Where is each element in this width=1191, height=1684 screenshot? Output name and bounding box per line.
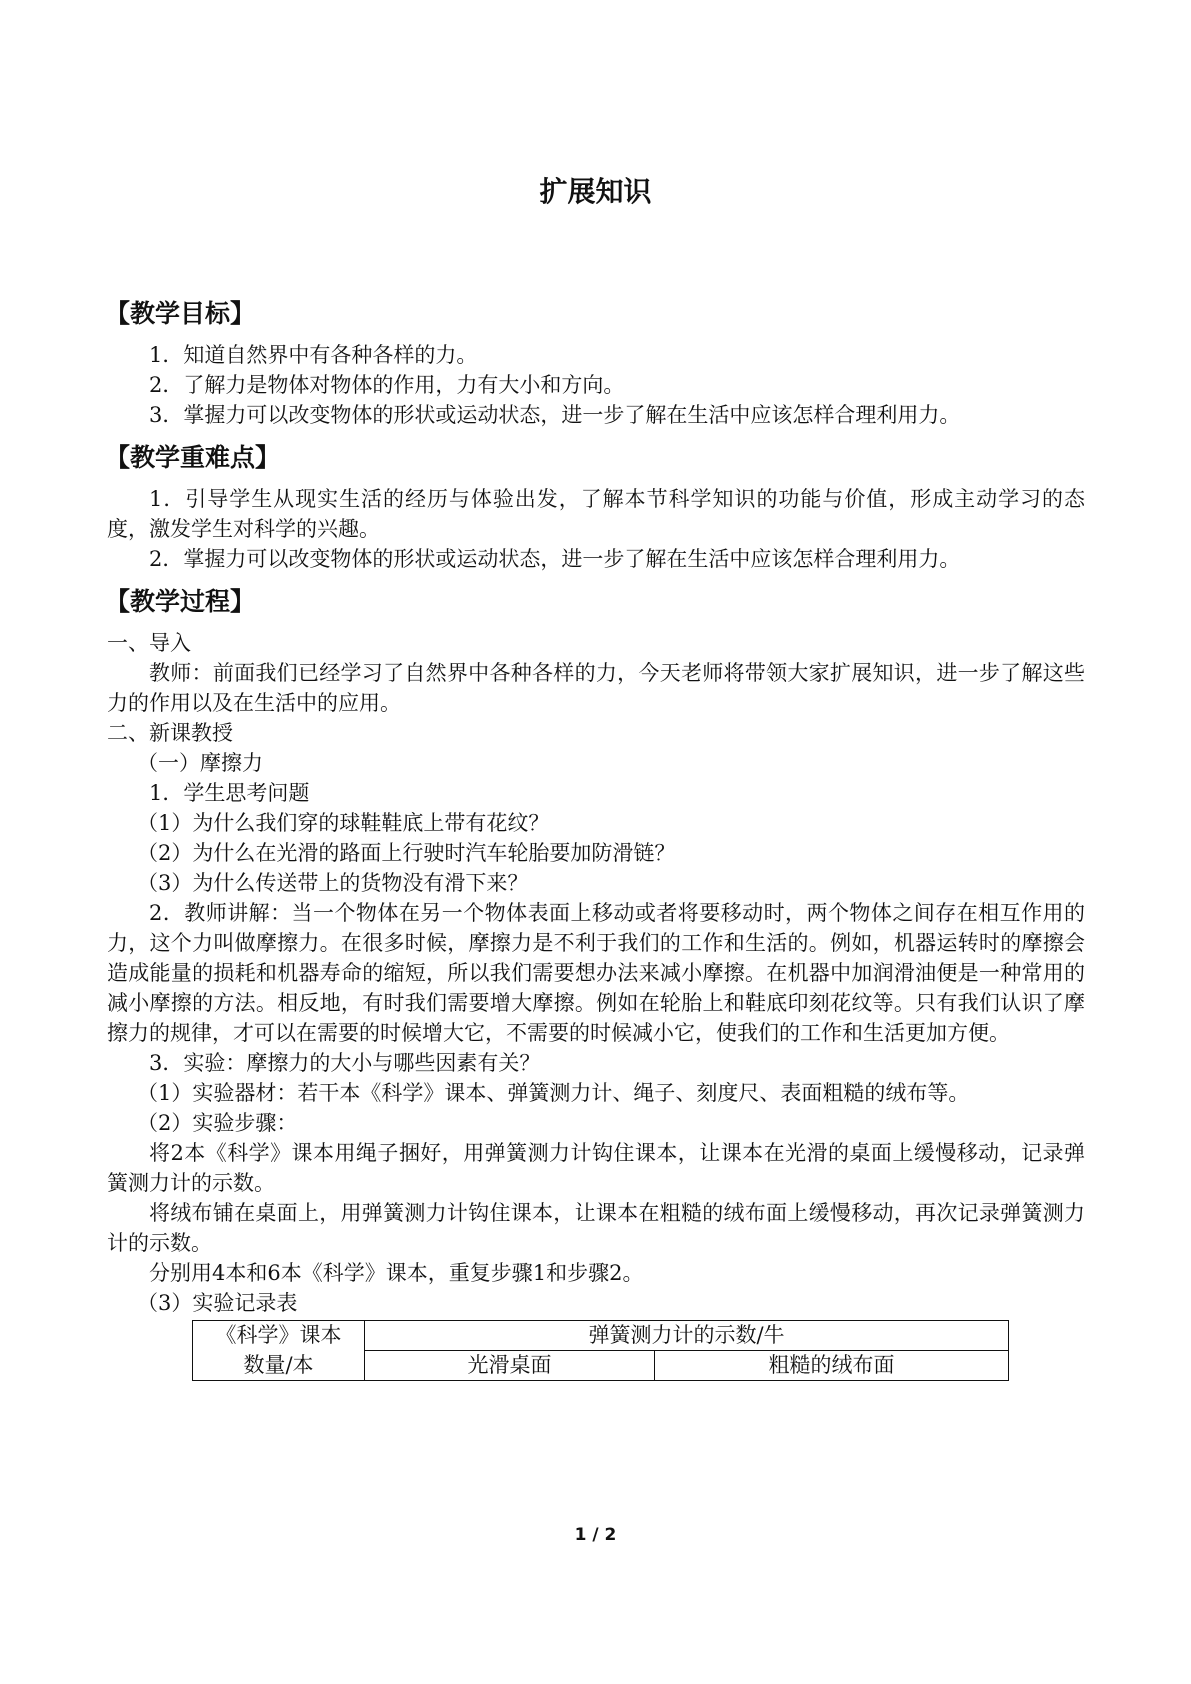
experiment-materials: （1）实验器材：若干本《科学》课本、弹簧测力计、绳子、刻度尺、表面粗糙的绒布等。 [107, 1078, 1085, 1108]
key-point-item: 1．引导学生从现实生活的经历与体验出发，了解本节科学知识的功能与价值，形成主动学… [107, 484, 1085, 544]
experiment-step: 分别用4本和6本《科学》课本，重复步骤1和步骤2。 [107, 1258, 1085, 1288]
section-heading-key-points: 【教学重难点】 [105, 440, 1085, 476]
key-point-item: 2．掌握力可以改变物体的形状或运动状态，进一步了解在生活中应该怎样合理利用力。 [107, 544, 1085, 574]
question-item: （1）为什么我们穿的球鞋鞋底上带有花纹？ [107, 808, 1085, 838]
question-item: （2）为什么在光滑的路面上行驶时汽车轮胎要加防滑链？ [107, 838, 1085, 868]
new-lesson-title: 二、新课教授 [107, 718, 1085, 748]
document-body: 【教学目标】 1．知道自然界中有各种各样的力。 2．了解力是物体对物体的作用，力… [107, 296, 1085, 1381]
book-count-header-line1: 《科学》课本 [193, 1321, 365, 1351]
goal-item: 1．知道自然界中有各种各样的力。 [107, 340, 1085, 370]
goal-item: 2．了解力是物体对物体的作用，力有大小和方向。 [107, 370, 1085, 400]
section-heading-goals: 【教学目标】 [105, 296, 1085, 332]
intro-title: 一、导入 [107, 628, 1085, 658]
experiment-record-table: 《科学》课本 弹簧测力计的示数/牛 数量/本 光滑桌面 粗糙的绒布面 [192, 1320, 1009, 1381]
page-number: 1 / 2 [0, 1525, 1191, 1545]
think-title: 1．学生思考问题 [107, 778, 1085, 808]
smooth-desk-header: 光滑桌面 [365, 1351, 655, 1381]
experiment-title: 3．实验：摩擦力的大小与哪些因素有关？ [107, 1048, 1085, 1078]
goal-item: 3．掌握力可以改变物体的形状或运动状态，进一步了解在生活中应该怎样合理利用力。 [107, 400, 1085, 430]
friction-subtitle: （一）摩擦力 [107, 748, 1085, 778]
experiment-steps-title: （2）实验步骤： [107, 1108, 1085, 1138]
teacher-explanation: 2．教师讲解：当一个物体在另一个物体表面上移动或者将要移动时，两个物体之间存在相… [107, 898, 1085, 1048]
experiment-step: 将绒布铺在桌面上，用弹簧测力计钩住课本，让课本在粗糙的绒布面上缓慢移动，再次记录… [107, 1198, 1085, 1258]
question-item: （3）为什么传送带上的货物没有滑下来？ [107, 868, 1085, 898]
rough-cloth-header: 粗糙的绒布面 [655, 1351, 1009, 1381]
document-title: 扩展知识 [0, 170, 1191, 210]
intro-text: 教师：前面我们已经学习了自然界中各种各样的力，今天老师将带领大家扩展知识，进一步… [107, 658, 1085, 718]
experiment-step: 将2本《科学》课本用绳子捆好，用弹簧测力计钩住课本，让课本在光滑的桌面上缓慢移动… [107, 1138, 1085, 1198]
section-heading-process: 【教学过程】 [105, 584, 1085, 620]
spring-scale-header: 弹簧测力计的示数/牛 [365, 1321, 1009, 1351]
document-page: 扩展知识 【教学目标】 1．知道自然界中有各种各样的力。 2．了解力是物体对物体… [0, 0, 1191, 1684]
book-count-header-line2: 数量/本 [193, 1351, 365, 1381]
record-table-title: （3）实验记录表 [107, 1288, 1085, 1318]
